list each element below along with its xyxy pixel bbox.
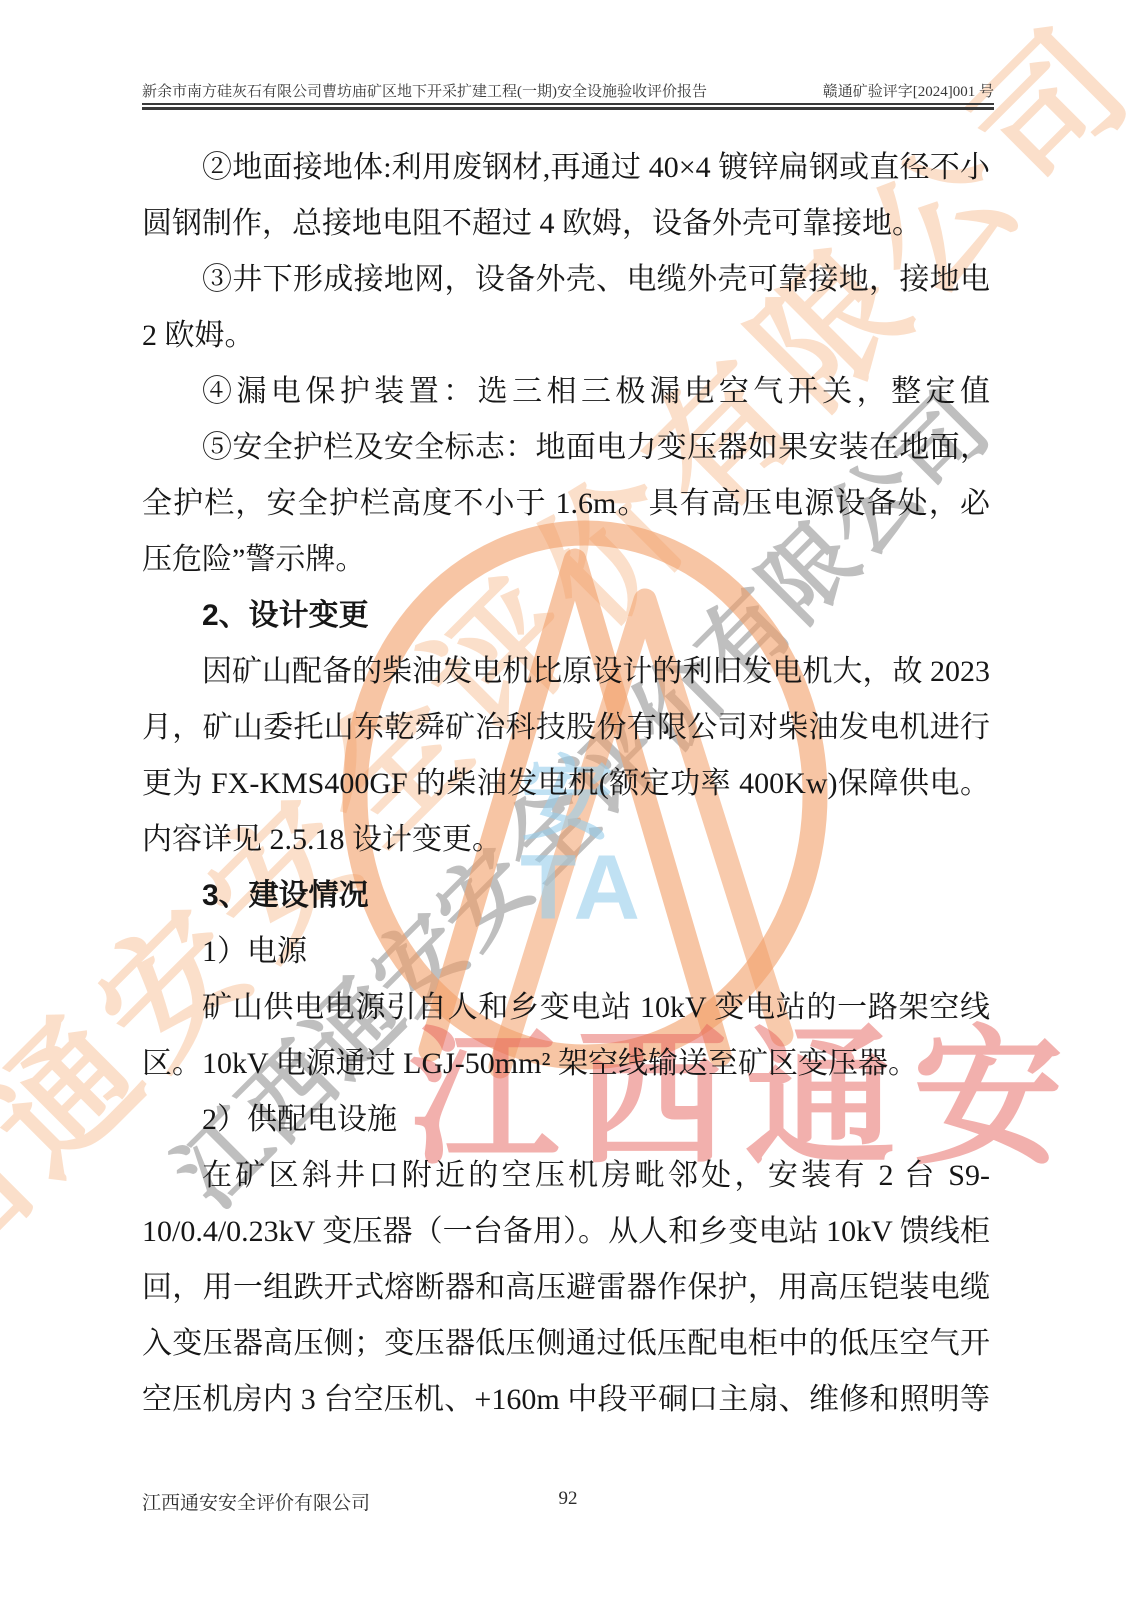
body-line-11: 月，矿山委托山东乾舜矿冶科技股份有限公司对柴油发电机进行变更；变: [142, 700, 990, 756]
body-line-6: ⑤安全护栏及安全标志：地面电力变压器如果安装在地面，必须设安: [142, 420, 990, 476]
body-line-7: 全护栏，安全护栏高度不小于 1.6m。具有高压电源设备处，必须悬挂“高: [142, 476, 990, 532]
body-line-5: ④漏电保护装置：选三相三极漏电空气开关，整定值 100mA.S。: [142, 364, 990, 420]
body-line-4: 2 欧姆。: [142, 308, 990, 364]
body-line-3: ③井下形成接地网，设备外壳、电缆外壳可靠接地，接地电阻不超过: [142, 252, 990, 308]
body-line-21: 回，用一组跌开式熔断器和高压避雷器作保护，用高压铠装电缆将电源引: [142, 1260, 990, 1316]
document-body: ②地面接地体:利用废钢材,再通过 40×4 镀锌扁钢或直径不小 12mm圆钢制作…: [142, 140, 990, 1428]
header-rule-thin: [142, 103, 994, 105]
body-line-16: 矿山供电电源引自人和乡变电站 10kV 变电站的一路架空线进入矿: [142, 980, 990, 1036]
body-line-2: 圆钢制作，总接地电阻不超过 4 欧姆，设备外壳可靠接地。: [142, 196, 990, 252]
page-header: 新余市南方硅灰石有限公司曹坊庙矿区地下开采扩建工程(一期)安全设施验收评价报告 …: [142, 80, 994, 101]
body-line-17: 区。10kV 电源通过 LGJ-50mm² 架空线输送至矿区变压器。: [142, 1036, 990, 1092]
footer-page-number: 92: [142, 1488, 994, 1510]
body-line-23: 空压机房内 3 台空压机、+160m 中段平硐口主扇、维修和照明等供电。: [142, 1372, 990, 1428]
body-line-22: 入变压器高压侧；变压器低压侧通过低压配电柜中的低压空气开关负责对: [142, 1316, 990, 1372]
body-line-18: 2）供配电设施: [142, 1092, 990, 1148]
header-rule-thick: [142, 107, 994, 110]
body-line-19: 在矿区斜井口附近的空压机房毗邻处，安装有 2 台 S9-250/10，: [142, 1148, 990, 1204]
body-line-1: ②地面接地体:利用废钢材,再通过 40×4 镀锌扁钢或直径不小 12mm: [142, 140, 990, 196]
header-document-number: 赣通矿验评字[2024]001 号: [823, 80, 994, 101]
body-line-15: 1）电源: [142, 924, 990, 980]
body-line-10: 因矿山配备的柴油发电机比原设计的利旧发电机大，故 2023 年 12: [142, 644, 990, 700]
body-line-14: 3、建设情况: [142, 868, 990, 924]
header-report-title: 新余市南方硅灰石有限公司曹坊庙矿区地下开采扩建工程(一期)安全设施验收评价报告: [142, 80, 707, 101]
body-line-13: 内容详见 2.5.18 设计变更。: [142, 812, 990, 868]
body-line-9: 2、设计变更: [142, 588, 990, 644]
page-footer: 江西通安安全评价有限公司 92: [142, 1488, 994, 1512]
body-line-12: 更为 FX-KMS400GF 的柴油发电机(额定功率 400Kw)保障供电。变更…: [142, 756, 990, 812]
body-line-20: 10/0.4/0.23kV 变压器（一台备用）。从人和乡变电站 10kV 馈线柜…: [142, 1204, 990, 1260]
document-page: 江西通安安全评价有限公司 江西通安安全评价有限公司 安 TA 江西通安 新余市南…: [0, 0, 1131, 1600]
body-line-8: 压危险”警示牌。: [142, 532, 990, 588]
